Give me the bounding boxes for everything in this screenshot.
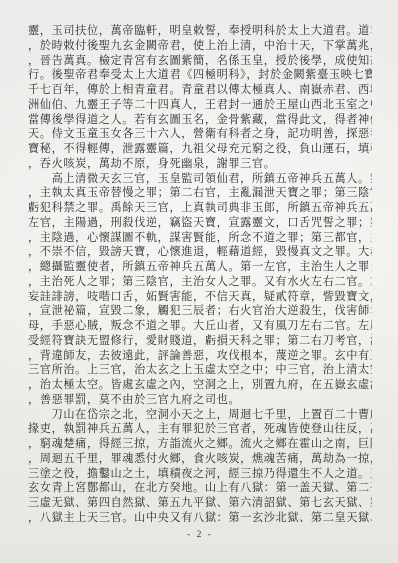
text-line: ，主陰過，心懷謀圖不軌，謀害賢能，所念不道之罪；第三都官，主疑貳天真 [28, 231, 372, 246]
text-line: 三塗之役，擔鑿山之土，填積夜之河，經三掠乃得還生不人之道。三塗悉係太 [28, 467, 372, 482]
text-line: ，晉告萬真。檢定青宮有玄圖紫簡，名係玉皇，授於後學，成使知戒。按科修 [28, 54, 372, 69]
text-line: 三官所治。上三官，治太玄之上玉虛太空之中；中三官，治上清太空；下三官 [28, 363, 372, 378]
text-line: 母，手惡心賊，叛念不道之罪。大丘山者，又有風刀左右二官。左風考官，治 [28, 319, 372, 334]
text-line: ，主執太真玉帝替慢之罪；第二右官，主亂漏泄天寶之罪；第三陰官，主元君 [28, 186, 372, 201]
text-line: 虧犯科禁之罪。禹餘天三官，上真執司典非玉郎，所鎮五帝神兵五萬人。第一 [28, 201, 372, 216]
text-line: ，治太極太空。皆處玄虛之內，空洞之上，別置九府，在五嶽玄虛洞室之中 [28, 378, 372, 393]
text-line: 靈，玉司扶位，萬帝臨軒，明皇敕誓，奉授明科於太上大道君。道君受玄戒 [28, 24, 372, 39]
text-line: ，於時敕付後聖九玄金闕帝君，使上治上清，中治十天，下掌萬兆，總領群仙 [28, 39, 372, 54]
text-line: 寶秘，不得輕傳，泄露靈篇，九祖父母充元窮之役，負山運石，填積夜之河 [28, 142, 372, 157]
text-line: 當傳後學得道之人。若有玄圖玉名，金骨紫藏，當得此文，得者神仙，白日昇 [28, 113, 372, 128]
text-line: ，八獄主上天三官。山中央又有八獄：第一玄沙北獄、第二皇天獄、第三禁罰 [28, 511, 372, 526]
text-block: 靈，玉司扶位，萬帝臨軒，明皇敕誓，奉授明科於太上大道君。道君受玄戒 ，於時敕付後… [28, 24, 372, 526]
text-line: 玄女青上宮鄷都山，在北方癸地。山上有八獄：第一盖天獄、第二平天獄、第 [28, 481, 372, 496]
text-line: ，宣泄祕篇，宣毀二象，觸犯三辰者；右火官治大逆殺生，伐害師君，反謀父 [28, 304, 372, 319]
text-line: 刀山在岱宗之北，空洞小天之上，周迴七千里，上置百二十曹府，千二百 [28, 408, 372, 423]
scanned-page: 靈，玉司扶位，萬帝臨軒，明皇敕誓，奉授明科於太上大道君。道君受玄戒 ，於時敕付後… [0, 0, 398, 563]
text-line: 洲仙伯、九靈王子等二十四真人，王君封一通於王屋山西北玉室之中，經萬劫 [28, 98, 372, 113]
text-line: 天。侍文玉童玉女各三十六人，營衛有科者之身，記功明善，探惡奉行。依盟 [28, 127, 372, 142]
text-line: 三虛无獄、第四自然獄、第五九平獄、第六清詔獄、第七玄天獄、第八元正獄 [28, 496, 372, 511]
text-line: ，主治死人之罪；第三陰官，主治女人之罪。又有水火左右二官。左水官，治 [28, 275, 372, 290]
text-line: 千七百年，傳於上相青童君。青童君以傳太極真人、南嶽赤君、西城王君、玄 [28, 83, 372, 98]
text-line: ，善惡罪罰，莫不由於三官九府之司也。 [28, 393, 372, 408]
text-line: 左官，主陽過，刑殺伐逆，竊盜天寶，宣露靈文，口舌咒誓之罪；第二右官 [28, 216, 372, 231]
text-line: 掾吏，執罰神兵五萬人，主有罪犯於三官者，死魂皆使登山往反，萬劫為一掠 [28, 422, 372, 437]
text-line: 受經符寶訣无盟修行，愛財賤道，虧損天科之罪；第二右刀考官，治伏誓告盟 [28, 334, 372, 349]
text-line: ，不崇不信，毀謗天寶，心懷進退，輕藉道經，毀慢真文之罪。大赤天三官 [28, 245, 372, 260]
text-line: ，總攝監靈使者，所鎮五帝神兵五萬人。第一左官，主治生人之罪；第二右官 [28, 260, 372, 275]
text-line: ，周迴五千里，罪魂悉付火鄉，食火咳炭，燋魂苦痛，萬劫為一掠，三掠得充 [28, 452, 372, 467]
page-number: - 2 - [28, 530, 372, 540]
text-line: ，窮魂楚痛，得經三掠，方詣流火之鄉。流火之鄉在霍山之南，巨陽洞庭之內 [28, 437, 372, 452]
text-line: 高上清微天玄三官，玉皇監司領仙君，所鎮五帝神兵五萬人。第一左官 [28, 172, 372, 187]
text-line: ，吞火咳炭，萬劫不原，身死幽泉，謝罪三官。 [28, 157, 372, 172]
text-line: 行。後聖帝君奉受太上大道君《四極明科》，封於金闕紫臺玉映七寶之宮，經 [28, 68, 372, 83]
text-line: ，背違師友，去彼遠此，評論善惡，攻伐根本，蔑逆之罪。玄中有三太空，即 [28, 349, 372, 364]
text-line: 妄詿誹謗，吱喈口舌，妬賢害能，不信天真，疑貳符章，訾毀寶文，妄說天地 [28, 290, 372, 305]
